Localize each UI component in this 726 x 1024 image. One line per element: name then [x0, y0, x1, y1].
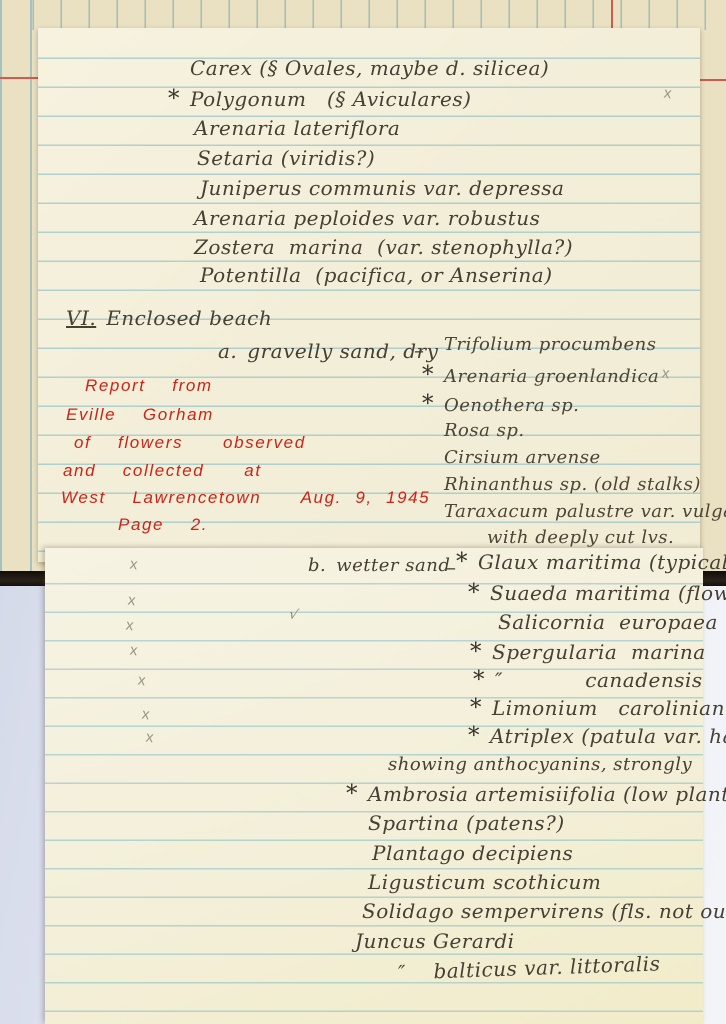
- species-text: Cirsium arvense: [444, 447, 601, 468]
- ledger-left-margin: [0, 0, 36, 574]
- asterisk-mark: *: [422, 364, 444, 387]
- species-line: *Polygonum (§ Aviculares): [168, 88, 471, 111]
- species-text: Arenaria lateriflora: [194, 116, 400, 140]
- pencil-x-mark: x: [663, 86, 673, 102]
- species-line: Setaria (viridis?): [175, 148, 375, 168]
- red-note-line: Page 2.: [118, 516, 208, 533]
- species-text: Arenaria groenlandica: [444, 366, 659, 387]
- species-line: Solidago sempervirens (fls. not out): [362, 901, 726, 921]
- species-line: Juniperus communis var. depressa: [178, 178, 564, 198]
- asterisk-mark: *: [470, 697, 492, 720]
- red-note-line: and collected at: [63, 462, 262, 479]
- pencil-x-mark: x: [141, 707, 151, 723]
- section-numeral: VI.: [66, 306, 96, 330]
- species-line: Plantago decipiens: [372, 843, 573, 863]
- asterisk-mark: *: [468, 725, 490, 748]
- species-text: Potentilla (pacifica, or Anserina): [200, 263, 553, 287]
- species-line: Taraxacum palustre var. vulgare: [422, 503, 726, 521]
- asterisk-mark: *: [470, 641, 492, 664]
- species-line: showing anthocyanins, strongly: [388, 756, 692, 774]
- species-text: Plantago decipiens: [372, 841, 573, 865]
- pencil-x-mark: x: [127, 593, 137, 609]
- red-note-line: Eville Gorham: [66, 406, 214, 423]
- species-text: Taraxacum palustre var. vulgare: [444, 501, 726, 522]
- species-line: Zostera marina (var. stenophylla?): [172, 237, 573, 257]
- species-text: Ligusticum scothicum: [368, 870, 601, 894]
- dash-mark: –: [446, 557, 456, 577]
- species-line: *Oenothera sp.: [422, 393, 579, 416]
- species-line: *Atriplex (patula var. hastata?) –: [468, 725, 726, 748]
- species-line: Spartina (patens?): [368, 813, 565, 833]
- red-note-line: of flowers observed: [74, 434, 306, 451]
- species-text: Spartina (patens?): [368, 811, 565, 835]
- species-text: Juniperus communis var. depressa: [200, 176, 564, 200]
- species-text: Polygonum (§ Aviculares): [190, 87, 471, 111]
- species-line: Rosa sp.: [422, 422, 525, 440]
- species-line: *Ambrosia artemisiifolia (low plants): [346, 783, 726, 806]
- species-text: Setaria (viridis?): [197, 146, 375, 170]
- species-line: *Suaeda maritima (flowering): [468, 582, 726, 605]
- red-note-line: West Lawrencetown Aug. 9, 1945: [61, 489, 430, 506]
- asterisk-mark: *: [468, 582, 490, 605]
- ledger-red-rule-vertical: [611, 0, 613, 29]
- species-line: Juncus Gerardi: [355, 931, 515, 951]
- asterisk-mark: *: [346, 783, 368, 806]
- species-text: Atriplex (patula var. hastata?) –: [490, 724, 726, 748]
- species-text: Spergularia marina: [492, 640, 706, 664]
- red-note-line: Report from: [85, 377, 213, 394]
- asterisk-mark: *: [456, 551, 478, 574]
- species-text: ″ canadensis: [495, 668, 703, 692]
- species-text: Carex (§ Ovales, maybe d. silicea): [190, 56, 549, 80]
- section-header: VI.Enclosed beach: [66, 308, 272, 328]
- scanned-notebook-page: { "colors": { "red_ink": "#cd2417", "han…: [0, 0, 726, 1024]
- ledger-red-rule-left: [0, 77, 40, 79]
- subsection-b-label: b.wetter sand: [308, 557, 450, 575]
- subsection-letter: b.: [308, 555, 326, 576]
- species-text: Glaux maritima (typical?): [478, 550, 726, 574]
- species-text: Suaeda maritima (flowering): [490, 581, 726, 605]
- pencil-x-mark: x: [145, 730, 155, 746]
- species-text: Arenaria peploides var. robustus: [194, 206, 540, 230]
- species-text: Oenothera sp.: [444, 395, 579, 416]
- pencil-x-mark: x: [129, 557, 139, 573]
- species-line: with deeply cut lvs.: [487, 529, 674, 547]
- asterisk-mark: *: [422, 393, 444, 416]
- species-line: *″ canadensis: [473, 669, 703, 692]
- species-line: *Spergularia marina: [470, 641, 706, 664]
- species-line: Ligusticum scothicum: [368, 872, 601, 892]
- pencil-x-mark: x: [125, 618, 135, 634]
- species-line: Arenaria peploides var. robustus: [172, 208, 540, 228]
- species-line: Potentilla (pacifica, or Anserina): [178, 265, 553, 285]
- pencil-x-mark: x: [137, 673, 147, 689]
- subsection-text: gravelly sand, dry: [247, 339, 438, 363]
- species-line: Carex (§ Ovales, maybe d. silicea): [168, 58, 549, 78]
- ledger-column-rules: [0, 0, 726, 30]
- subsection-letter: a.: [218, 339, 237, 363]
- species-text: showing anthocyanins, strongly: [388, 754, 692, 775]
- species-text: Ambrosia artemisiifolia (low plants): [368, 782, 726, 806]
- species-text: Juncus Gerardi: [355, 929, 515, 953]
- asterisk-mark: *: [168, 88, 190, 111]
- species-line: Trifolium procumbens: [422, 336, 656, 354]
- ledger-red-rule-right: [697, 79, 726, 81]
- subsection-text: wetter sand: [336, 555, 450, 576]
- species-line: *Limonium carolinianum: [470, 697, 726, 720]
- section-title: Enclosed beach: [106, 306, 272, 330]
- species-line: Salicornia europaea: [498, 612, 718, 632]
- species-text: Limonium carolinianum: [492, 696, 726, 720]
- species-text: Zostera marina (var. stenophylla?): [194, 235, 573, 259]
- species-line: *Arenaria groenlandica: [422, 364, 659, 387]
- subsection-a-label: a.gravelly sand, dry: [218, 341, 438, 361]
- species-line: Rhinanthus sp. (old stalks): [422, 476, 701, 494]
- species-text: Rhinanthus sp. (old stalks): [444, 474, 701, 495]
- species-text: Rosa sp.: [444, 420, 525, 441]
- species-line: *Glaux maritima (typical?): [456, 551, 726, 574]
- asterisk-mark: *: [473, 669, 495, 692]
- species-text: with deeply cut lvs.: [487, 527, 674, 548]
- pencil-x-mark: x: [661, 366, 671, 382]
- species-text: Salicornia europaea: [498, 610, 718, 634]
- species-text: Solidago sempervirens (fls. not out): [362, 899, 726, 923]
- species-text: Trifolium procumbens: [444, 334, 656, 355]
- species-line: Cirsium arvense: [422, 449, 601, 467]
- pencil-x-mark: x: [129, 643, 139, 659]
- species-line: Arenaria lateriflora: [172, 118, 400, 138]
